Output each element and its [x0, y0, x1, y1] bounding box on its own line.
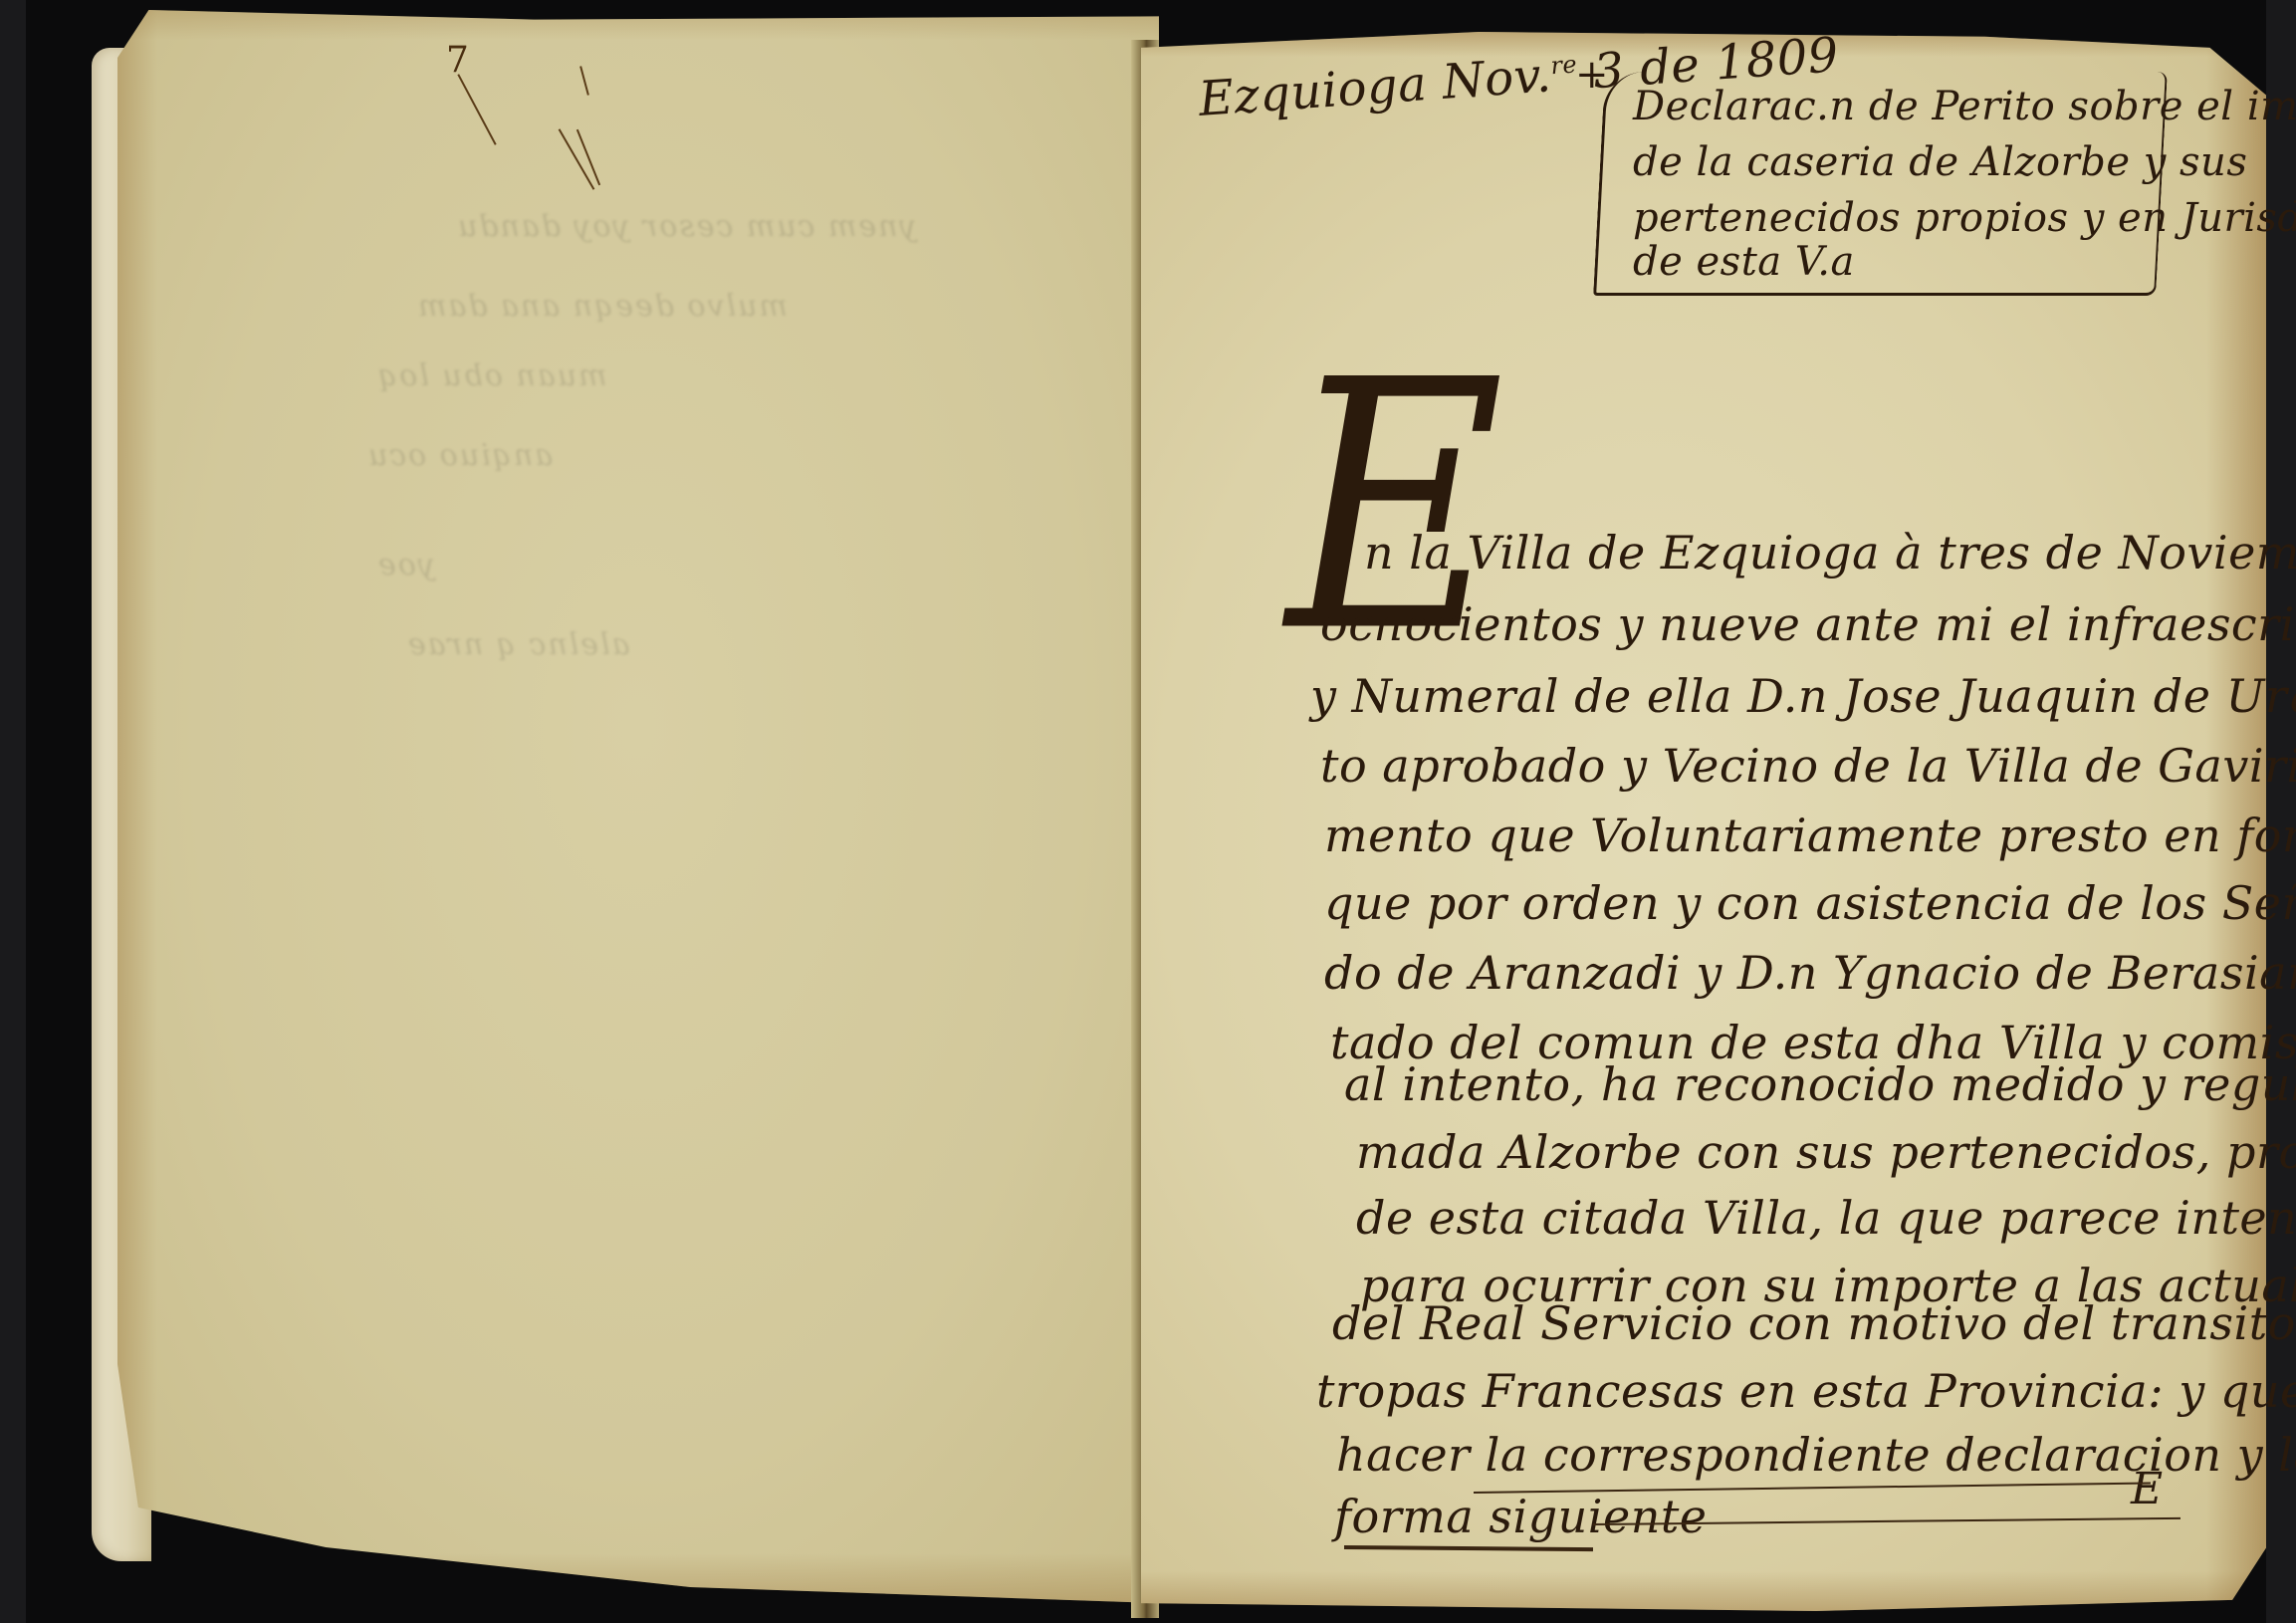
body-text-line: ochocientos y nueve ante mi el infraescr…	[1320, 597, 2296, 651]
body-text-line: de esta citada Villa, la que parece inte…	[1356, 1191, 2296, 1245]
open-manuscript-book: 7 ynem cum cesor yoy dandu mulvo deeqn a…	[0, 0, 2296, 1623]
header-place-superscript: re	[1549, 50, 1578, 80]
body-text-line: al intento, ha reconocido medido y regul…	[1344, 1057, 2296, 1111]
body-text-line: del Real Servicio con motivo del transit…	[1332, 1296, 2296, 1350]
bleed-through-text: anqiuo ocu	[366, 438, 553, 473]
bleed-through-text: alelnc q nrae	[406, 627, 630, 662]
bleed-through-text: mulvo deeqn ana dam	[416, 289, 788, 324]
marginal-note-line: Declarac.n de Perito sobre el impo.te	[1633, 84, 2296, 129]
bleed-through-text: ynem cum cesor yoy dandu	[456, 209, 916, 244]
marginal-plus-mark: +	[1575, 52, 1609, 98]
body-text-line: mento que Voluntariamente presto en form…	[1324, 809, 2296, 862]
body-text-line: mada Alzorbe con sus pertenecidos, propi…	[1356, 1125, 2296, 1179]
body-text-line: to aprobado y Vecino de la Villa de Gavi…	[1320, 739, 2296, 793]
marginal-note-line: pertenecidos propios y en Jurisdic.n	[1633, 195, 2296, 241]
body-text-line: tropas Francesas en esta Provincia: y qu…	[1316, 1364, 2296, 1418]
trailing-flourish-mark: E	[2131, 1464, 2164, 1514]
body-text-line: y Numeral de ella D.n Jose Juaquin de Ur…	[1310, 669, 2296, 723]
body-text-line: n la Villa de Ezquioga à tres de Noviemb…	[1364, 526, 2296, 580]
marginal-note-line: de esta V.a	[1633, 239, 1855, 285]
bleed-through-text: yoe	[376, 548, 435, 582]
body-text-line: forma siguiente	[1334, 1490, 1708, 1543]
stray-ink-stroke	[579, 66, 589, 95]
stray-ink-stroke	[457, 74, 496, 145]
body-text-line: do de Aranzadi y D.n Ygnacio de Berasiar…	[1324, 946, 2296, 1000]
stray-ink-stroke	[576, 129, 600, 185]
left-page: 7 ynem cum cesor yoy dandu mulvo deeqn a…	[117, 10, 1159, 1603]
bleed-through-text: muan obu loq	[376, 358, 607, 393]
marginal-note-line: de la caseria de Alzorbe y sus	[1633, 139, 2247, 185]
body-text-line: que por orden y con asistencia de los Se…	[1324, 876, 2296, 930]
